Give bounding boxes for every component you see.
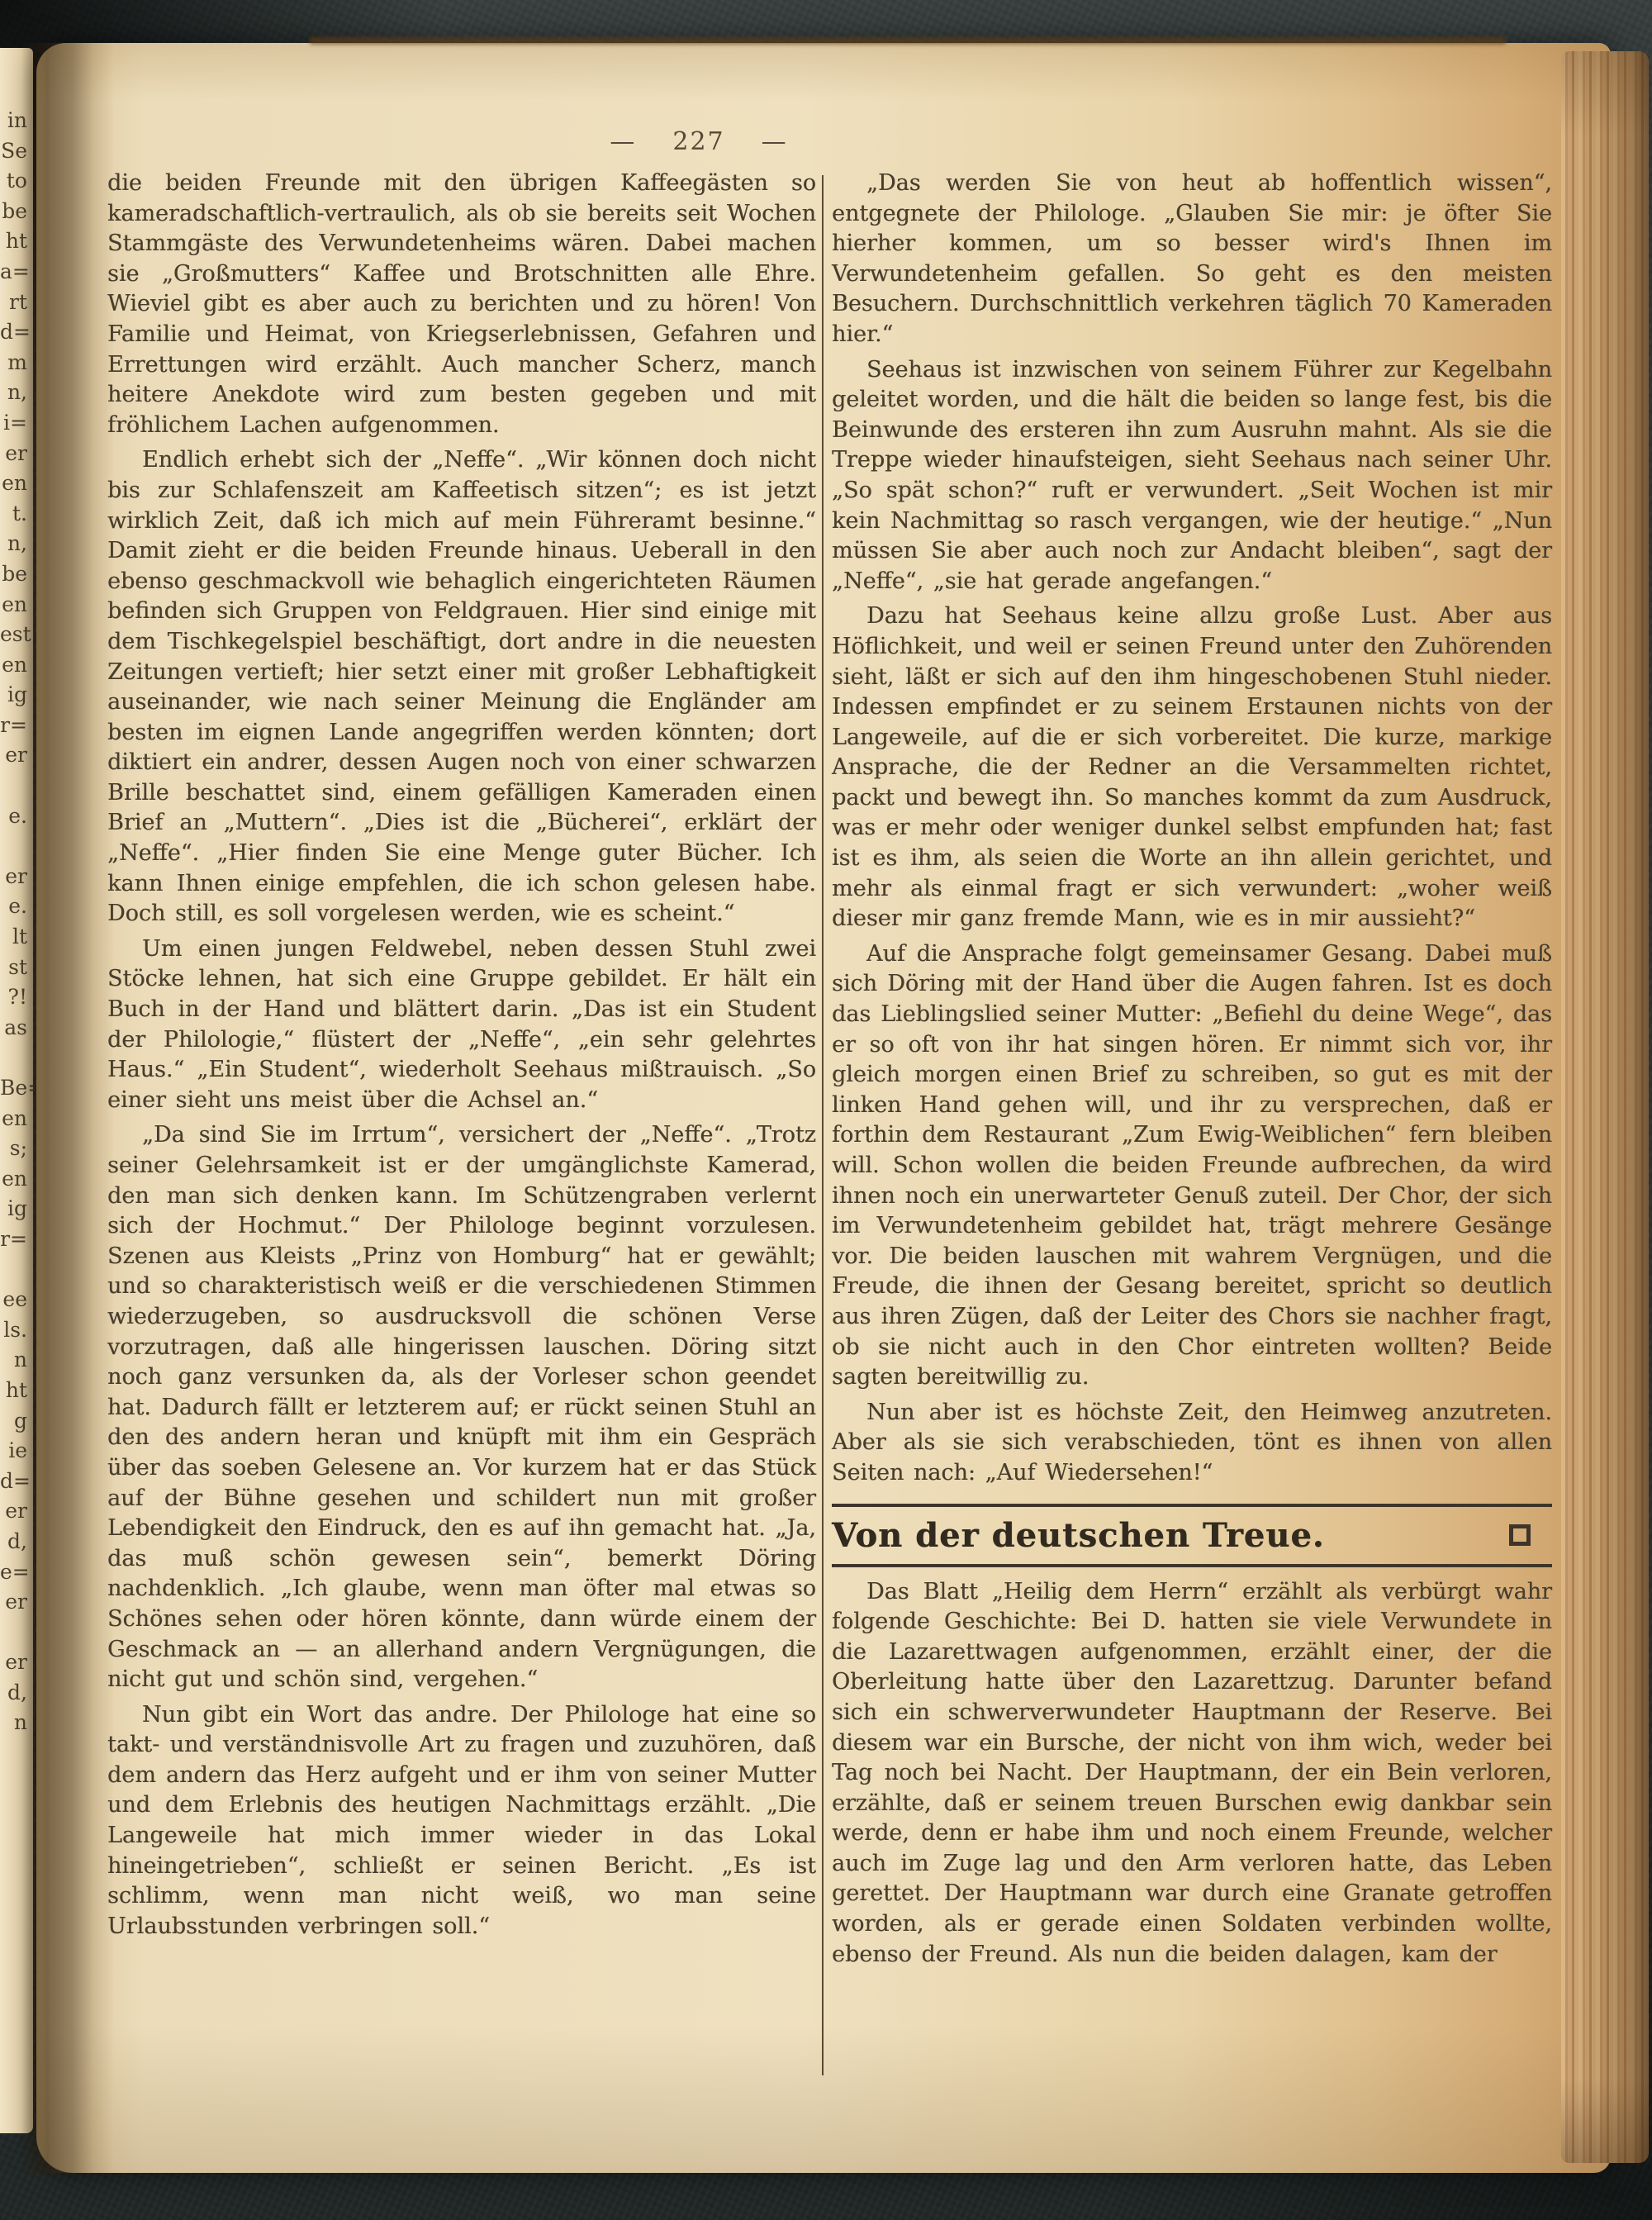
- paragraph: Um einen jungen Feldwebel, neben dessen …: [107, 934, 816, 1116]
- heading-rule-bottom: [832, 1564, 1552, 1567]
- facing-page-edge: in Se to be ht a= rt d= m n, i= er en t.…: [0, 48, 33, 2133]
- page-header: — 227 —: [451, 127, 947, 156]
- page-number: 227: [672, 127, 724, 156]
- page-top-edge-stain: [309, 37, 1507, 45]
- section-heading-block: Von der deutschen Treue.: [832, 1504, 1552, 1567]
- column-divider-rule: [822, 175, 824, 2075]
- paragraph: „Da sind Sie im Irrtum“, versichert der …: [107, 1120, 816, 1695]
- book-page: — 227 — die beiden Freunde mit den übrig…: [36, 43, 1611, 2173]
- paragraph: Nun aber ist es höchste Zeit, den Heimwe…: [832, 1398, 1552, 1489]
- book-photo: in Se to be ht a= rt d= m n, i= er en t.…: [0, 0, 1652, 2220]
- header-dash-right: —: [762, 127, 788, 156]
- facing-page-text-fragments: in Se to be ht a= rt d= m n, i= er en t.…: [0, 48, 33, 2089]
- paragraph: Seehaus ist inzwischen von seinem Führer…: [832, 355, 1552, 597]
- paragraph: Das Blatt „Heilig dem Herrn“ erzählt als…: [832, 1577, 1552, 1970]
- paragraph: Endlich erhebt sich der „Neffe“. „Wir kö…: [107, 445, 816, 929]
- paragraph: Nun gibt ein Wort das andre. Der Philolo…: [107, 1700, 816, 1942]
- right-column: „Das werden Sie von heut ab hoffentlich …: [832, 169, 1552, 1975]
- left-column: die beiden Freunde mit den übrigen Kaffe…: [107, 169, 816, 1947]
- section-title: Von der deutschen Treue.: [832, 1516, 1325, 1555]
- paragraph: Dazu hat Seehaus keine allzu große Lust.…: [832, 601, 1552, 934]
- book-fore-edge-pages: [1561, 51, 1649, 2163]
- paragraph: „Das werden Sie von heut ab hoffentlich …: [832, 169, 1552, 350]
- header-dash-left: —: [610, 127, 636, 156]
- square-ornament-icon: [1509, 1524, 1531, 1546]
- paragraph: die beiden Freunde mit den übrigen Kaffe…: [107, 169, 816, 440]
- paragraph: Auf die Ansprache folgt gemeinsamer Gesa…: [832, 939, 1552, 1393]
